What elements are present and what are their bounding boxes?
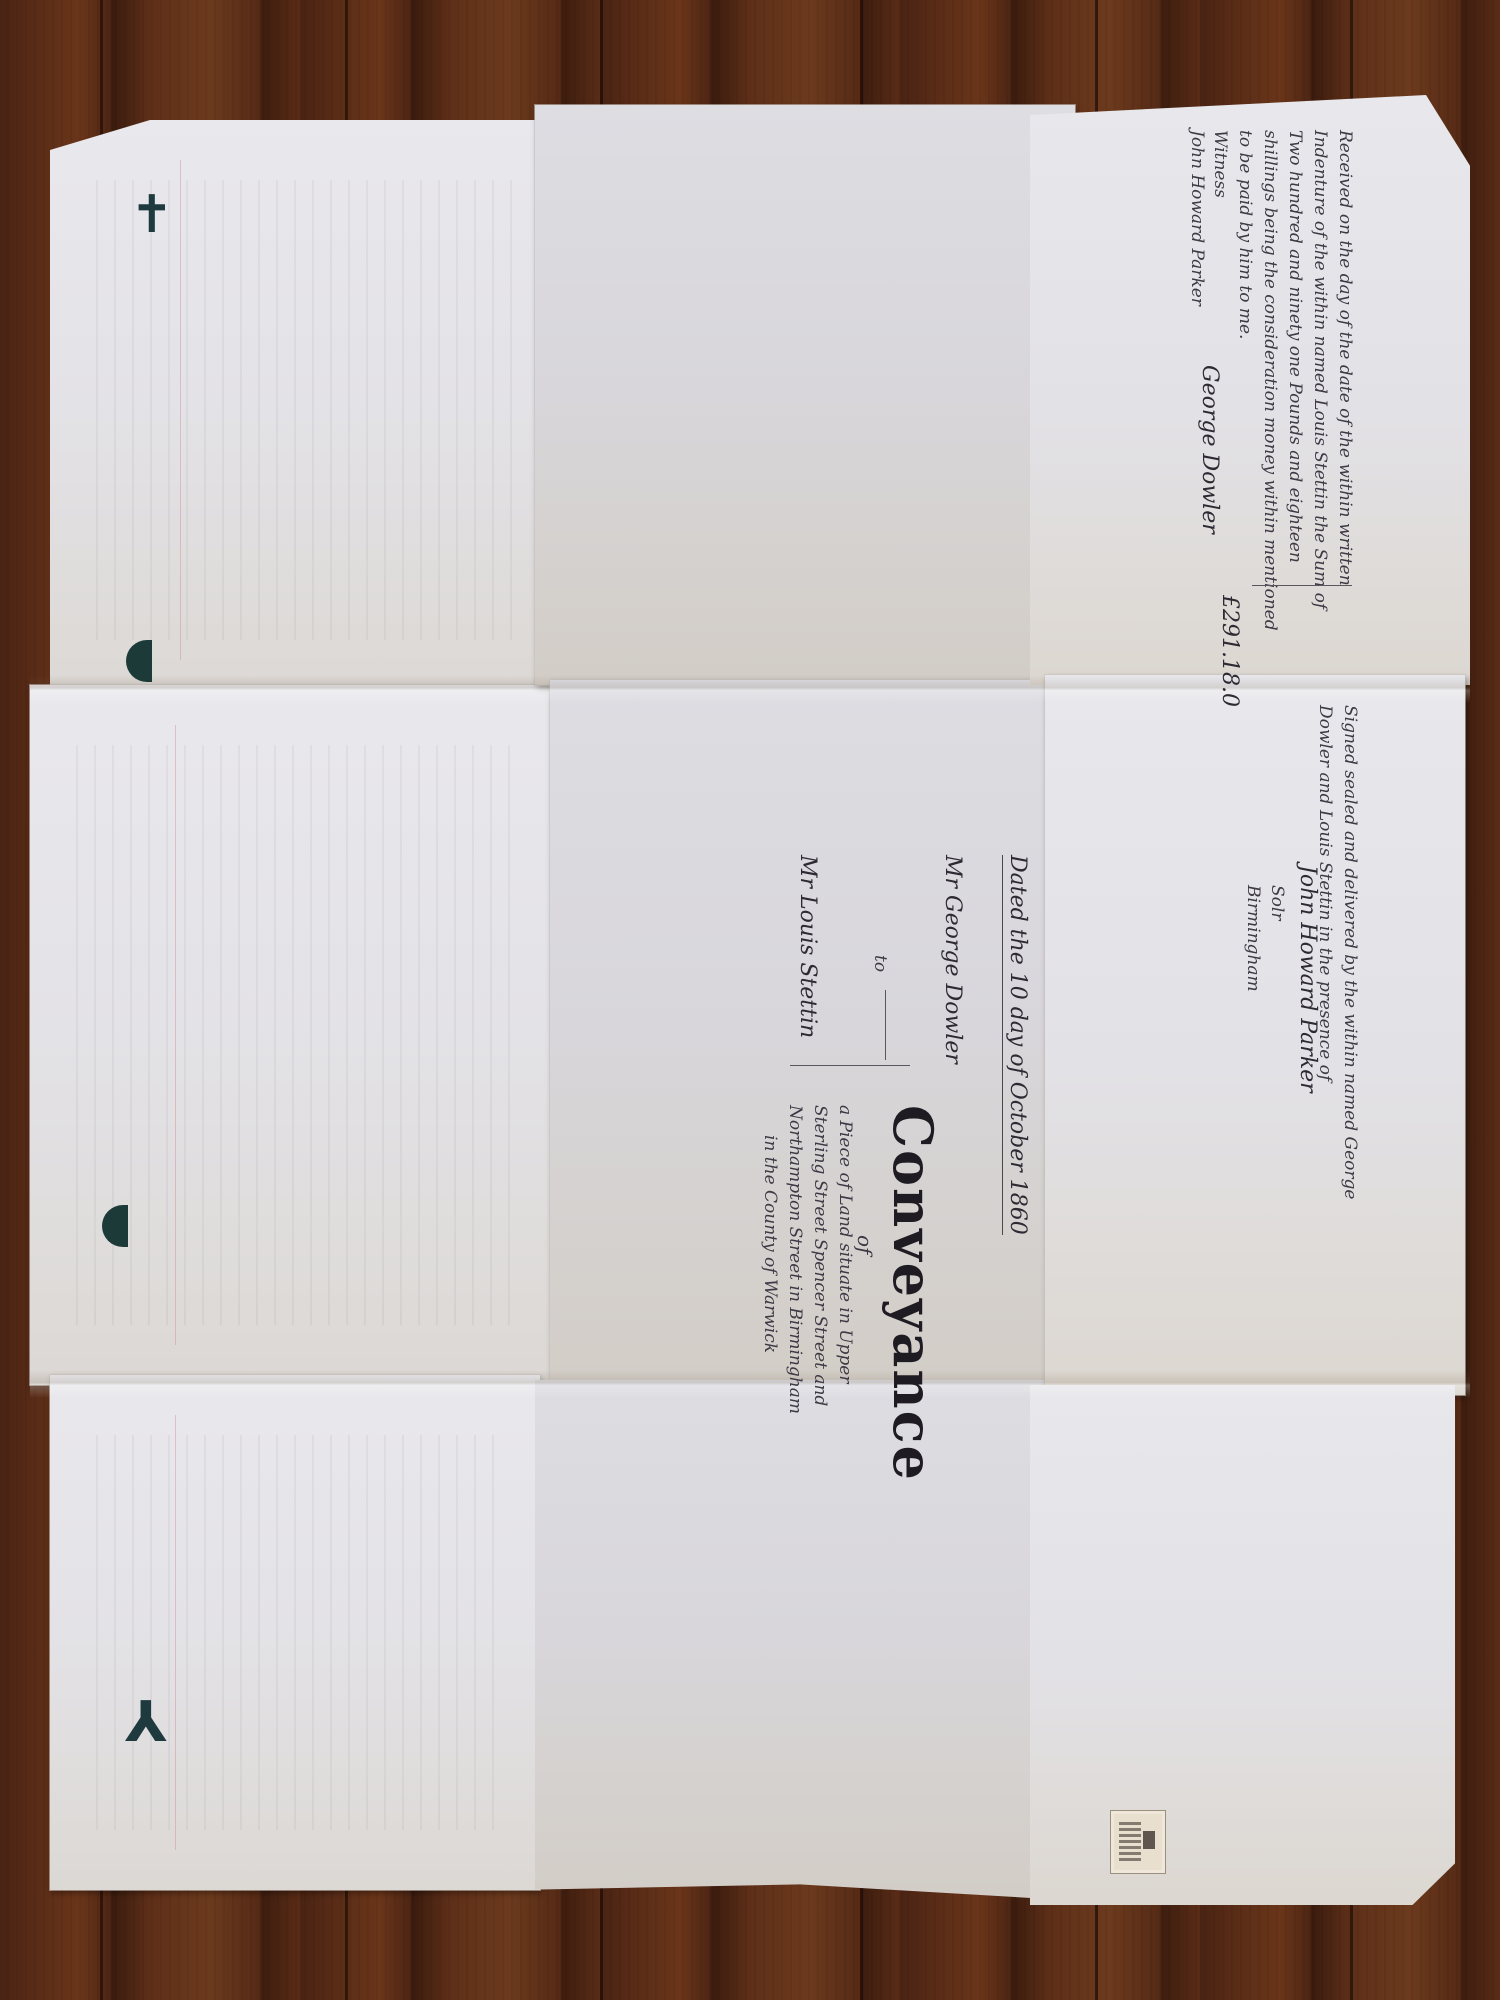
receipt-witness-name: John Howard Parker	[1182, 130, 1212, 306]
cross-mark-icon: ✝	[130, 185, 174, 245]
property-line: in the County of Warwick	[755, 1135, 785, 1353]
receipt-signature: George Dowler	[1197, 365, 1222, 534]
fold-crease	[30, 1370, 1470, 1398]
bracket-line	[1252, 585, 1352, 586]
cross-mark-icon: ⅄	[125, 1690, 168, 1755]
grantor-name: Mr George Dowler	[940, 855, 965, 1064]
left-panel-top	[50, 120, 545, 700]
dated-line: Dated the 10 day of October 1860	[1002, 855, 1030, 1235]
bracket-line	[790, 1065, 910, 1066]
middle-panel-top	[535, 105, 1075, 685]
left-panel-middle	[30, 685, 550, 1385]
grantee-name: Mr Louis Stettin	[795, 855, 820, 1038]
attestation-witness-name: John Howard Parker	[1295, 865, 1320, 1093]
fold-crease	[30, 675, 1470, 703]
attestation-witness-place: Birmingham	[1238, 885, 1268, 992]
bracket-line	[885, 990, 886, 1060]
middle-panel-bottom	[535, 1380, 1065, 1900]
receipt-amount: £291.18.0	[1217, 595, 1242, 707]
to-label: to	[865, 955, 895, 972]
revenue-stamp	[1110, 1810, 1166, 1874]
folded-deed: ✝ ⅄ Dated the 10 day of October 1860 Mr …	[30, 95, 1470, 1925]
left-panel-bottom	[50, 1375, 540, 1890]
conveyance-title: Conveyance	[881, 1105, 945, 1482]
right-panel-middle	[1045, 675, 1465, 1395]
right-panel-bottom	[1030, 1385, 1455, 1905]
